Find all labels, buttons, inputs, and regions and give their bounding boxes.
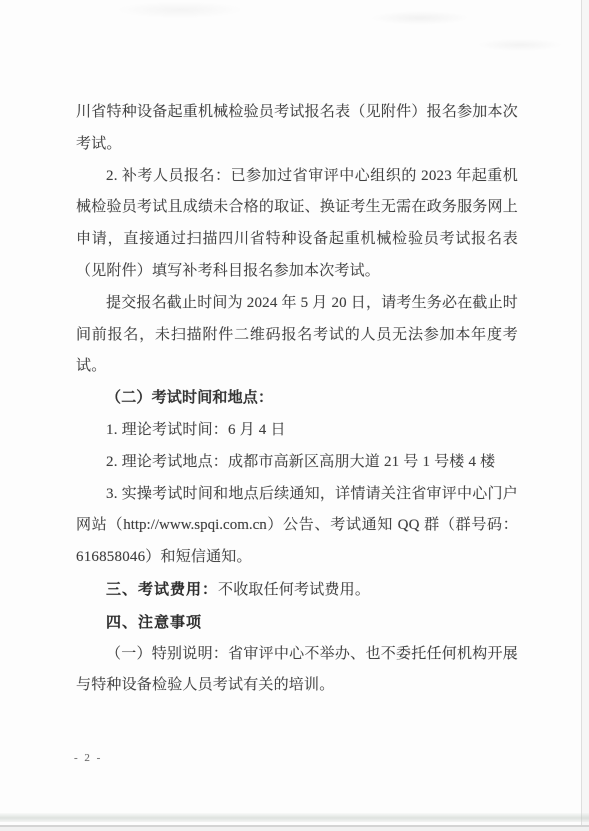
paragraph-continuation: 川省特种设备起重机械检验员考试报名表（见附件）报名参加本次考试。 — [76, 97, 518, 161]
paragraph-registration-deadline: 提交报名截止时间为 2024 年 5 月 20 日，请考生务必在截止时间前报名，… — [76, 288, 518, 383]
scan-area-below-page — [0, 827, 589, 831]
portal-url: http://www.spqi.com.cn — [123, 517, 267, 533]
exam-fee-text: 不收取任何考试费用。 — [218, 582, 370, 598]
heading-exam-time-location: （二）考试时间和地点： — [76, 383, 518, 415]
section-exam-fee: 三、考试费用：不收取任何考试费用。 — [76, 574, 518, 607]
paragraph-resit-registration: 2. 补考人员报名：已参加过省审评中心组织的 2023 年起重机械检验员考试且成… — [76, 161, 518, 288]
scanned-document-page: 川省特种设备起重机械检验员考试报名表（见附件）报名参加本次考试。 2. 补考人员… — [0, 0, 589, 831]
heading-notes: 四、注意事项 — [76, 607, 518, 639]
item-theory-exam-location: 2. 理论考试地点：成都市高新区高朋大道 21 号 1 号楼 4 楼 — [76, 447, 518, 479]
page-number: - 2 - — [74, 752, 102, 764]
scan-right-margin — [582, 0, 589, 831]
document-body: 川省特种设备起重机械检验员考试报名表（见附件）报名参加本次考试。 2. 补考人员… — [76, 97, 518, 702]
item-theory-exam-time: 1. 理论考试时间：6 月 4 日 — [76, 415, 518, 447]
item-practical-exam-notice: 3. 实操考试时间和地点后续通知，详情请关注省审评中心门户网站（http://w… — [76, 479, 518, 574]
exam-fee-label: 三、考试费用： — [106, 581, 218, 598]
scan-page-edge-line — [581, 0, 582, 831]
paragraph-special-note: （一）特别说明：省审评中心不举办、也不委托任何机构开展与特种设备检验人员考试有关… — [76, 639, 518, 703]
scan-bottom-band — [0, 813, 589, 822]
